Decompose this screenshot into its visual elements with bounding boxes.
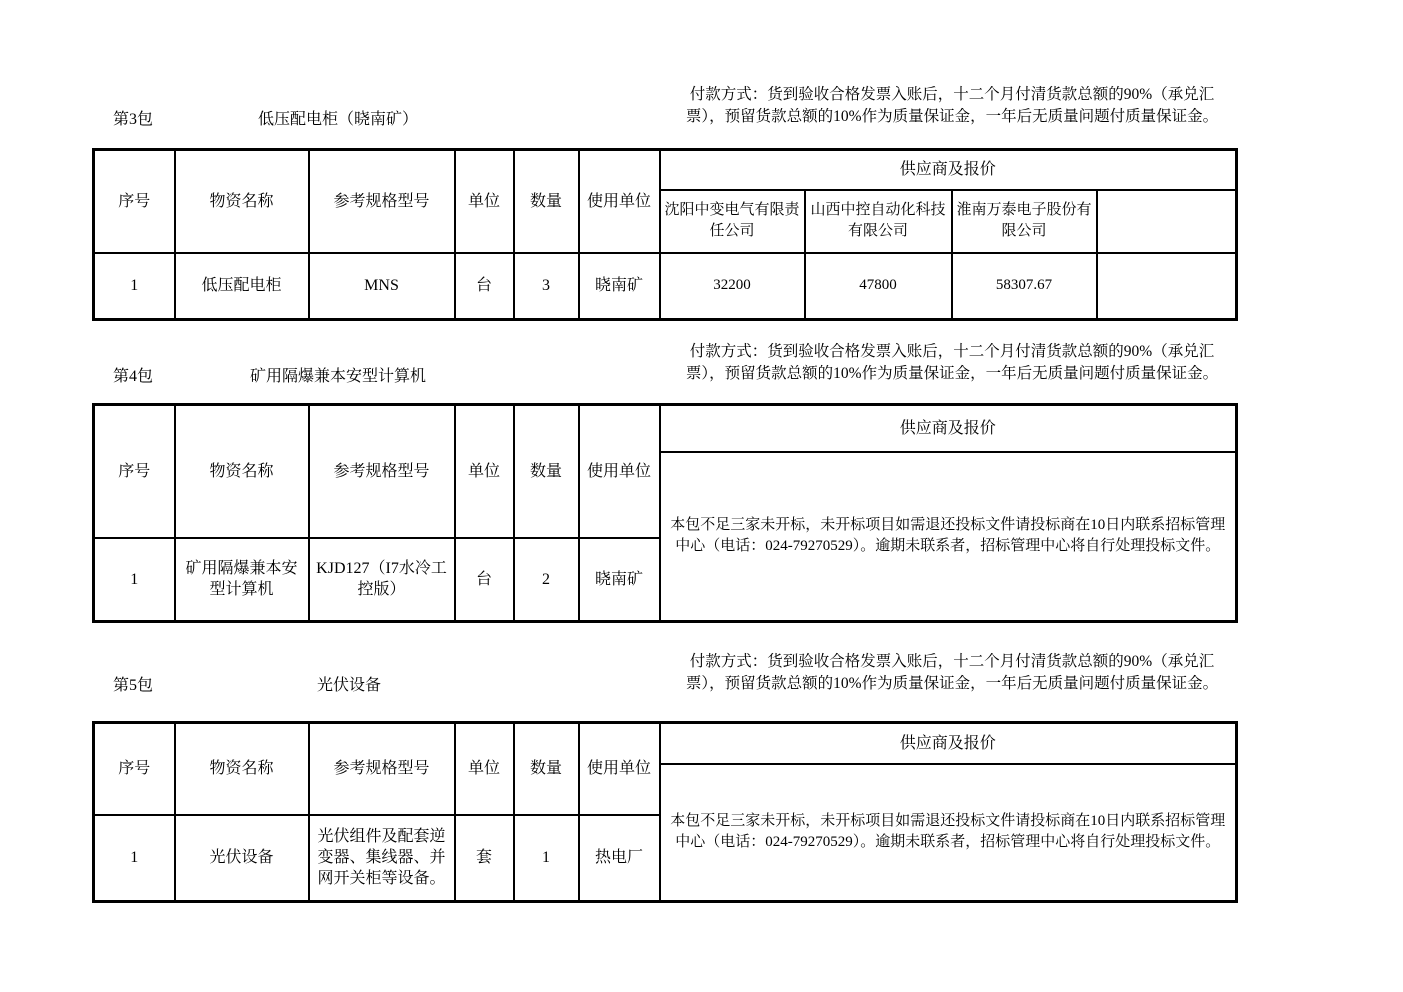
supplier-name: 淮南万泰电子股份有限公司 [952, 190, 1097, 253]
col-header-qty: 数量 [514, 723, 579, 815]
cell-name: 低压配电柜 [175, 253, 309, 320]
col-header-no: 序号 [94, 405, 175, 538]
col-header-name: 物资名称 [175, 150, 309, 253]
col-header-user: 使用单位 [579, 150, 660, 253]
payment-note: 付款方式：货到验收合格发票入账后，十二个月付清货款总额的90%（承兑汇票），预留… [672, 651, 1232, 695]
package-5-title: 光伏设备 [317, 672, 381, 695]
cell-spec: 光伏组件及配套逆变器、集线器、并网开关柜等设备。 [309, 815, 455, 902]
col-header-qty: 数量 [514, 150, 579, 253]
supplier-name: 山西中控自动化科技有限公司 [805, 190, 952, 253]
cell-qty: 1 [514, 815, 579, 902]
payment-note: 付款方式：货到验收合格发票入账后，十二个月付清货款总额的90%（承兑汇票），预留… [672, 341, 1232, 385]
notice-cell: 本包不足三家未开标，未开标项目如需退还投标文件请投标商在10日内联系招标管理中心… [660, 764, 1237, 902]
supplier-group-header: 供应商及报价 [660, 723, 1237, 764]
col-header-no: 序号 [94, 723, 175, 815]
cell-no: 1 [94, 253, 175, 320]
col-header-name: 物资名称 [175, 405, 309, 538]
cell-qty: 2 [514, 538, 579, 622]
quote-cell: 58307.67 [952, 253, 1097, 320]
table-row: 1 低压配电柜 MNS 台 3 晓南矿 32200 47800 58307.67 [94, 253, 1237, 320]
cell-spec: KJD127（I7水冷工控版） [309, 538, 455, 622]
package-4-label: 第4包 [113, 363, 153, 386]
supplier-group-header: 供应商及报价 [660, 150, 1237, 190]
package-4-title: 矿用隔爆兼本安型计算机 [250, 363, 426, 386]
col-header-unit: 单位 [455, 723, 514, 815]
package-3-table: 序号 物资名称 参考规格型号 单位 数量 使用单位 供应商及报价 沈阳中变电气有… [92, 148, 1238, 321]
col-header-name: 物资名称 [175, 723, 309, 815]
package-3-label: 第3包 [113, 106, 153, 129]
col-header-spec: 参考规格型号 [309, 723, 455, 815]
header-row: 序号 物资名称 参考规格型号 单位 数量 使用单位 供应商及报价 [94, 405, 1237, 452]
cell-unit: 台 [455, 253, 514, 320]
col-header-user: 使用单位 [579, 723, 660, 815]
col-header-no: 序号 [94, 150, 175, 253]
document-page: 第3包 低压配电柜（晓南矿） 付款方式：货到验收合格发票入账后，十二个月付清货款… [0, 0, 1403, 992]
header-row: 序号 物资名称 参考规格型号 单位 数量 使用单位 供应商及报价 [94, 150, 1237, 190]
supplier-group-header: 供应商及报价 [660, 405, 1237, 452]
cell-user: 晓南矿 [579, 253, 660, 320]
supplier-name: 沈阳中变电气有限责任公司 [660, 190, 805, 253]
col-header-unit: 单位 [455, 405, 514, 538]
package-4-table: 序号 物资名称 参考规格型号 单位 数量 使用单位 供应商及报价 本包不足三家未… [92, 403, 1238, 623]
package-3-title: 低压配电柜（晓南矿） [258, 106, 418, 129]
cell-unit: 台 [455, 538, 514, 622]
cell-name: 光伏设备 [175, 815, 309, 902]
cell-spec: MNS [309, 253, 455, 320]
supplier-name-empty [1097, 190, 1237, 253]
cell-user: 晓南矿 [579, 538, 660, 622]
col-header-spec: 参考规格型号 [309, 150, 455, 253]
col-header-qty: 数量 [514, 405, 579, 538]
col-header-spec: 参考规格型号 [309, 405, 455, 538]
quote-cell: 32200 [660, 253, 805, 320]
payment-note: 付款方式：货到验收合格发票入账后，十二个月付清货款总额的90%（承兑汇票），预留… [672, 84, 1232, 128]
cell-no: 1 [94, 815, 175, 902]
header-row: 序号 物资名称 参考规格型号 单位 数量 使用单位 供应商及报价 [94, 723, 1237, 764]
quote-cell-empty [1097, 253, 1237, 320]
notice-cell: 本包不足三家未开标，未开标项目如需退还投标文件请投标商在10日内联系招标管理中心… [660, 452, 1237, 622]
package-5-table: 序号 物资名称 参考规格型号 单位 数量 使用单位 供应商及报价 本包不足三家未… [92, 721, 1238, 903]
cell-name: 矿用隔爆兼本安型计算机 [175, 538, 309, 622]
col-header-user: 使用单位 [579, 405, 660, 538]
cell-user: 热电厂 [579, 815, 660, 902]
cell-unit: 套 [455, 815, 514, 902]
cell-no: 1 [94, 538, 175, 622]
package-5-label: 第5包 [113, 672, 153, 695]
col-header-unit: 单位 [455, 150, 514, 253]
cell-qty: 3 [514, 253, 579, 320]
quote-cell: 47800 [805, 253, 952, 320]
